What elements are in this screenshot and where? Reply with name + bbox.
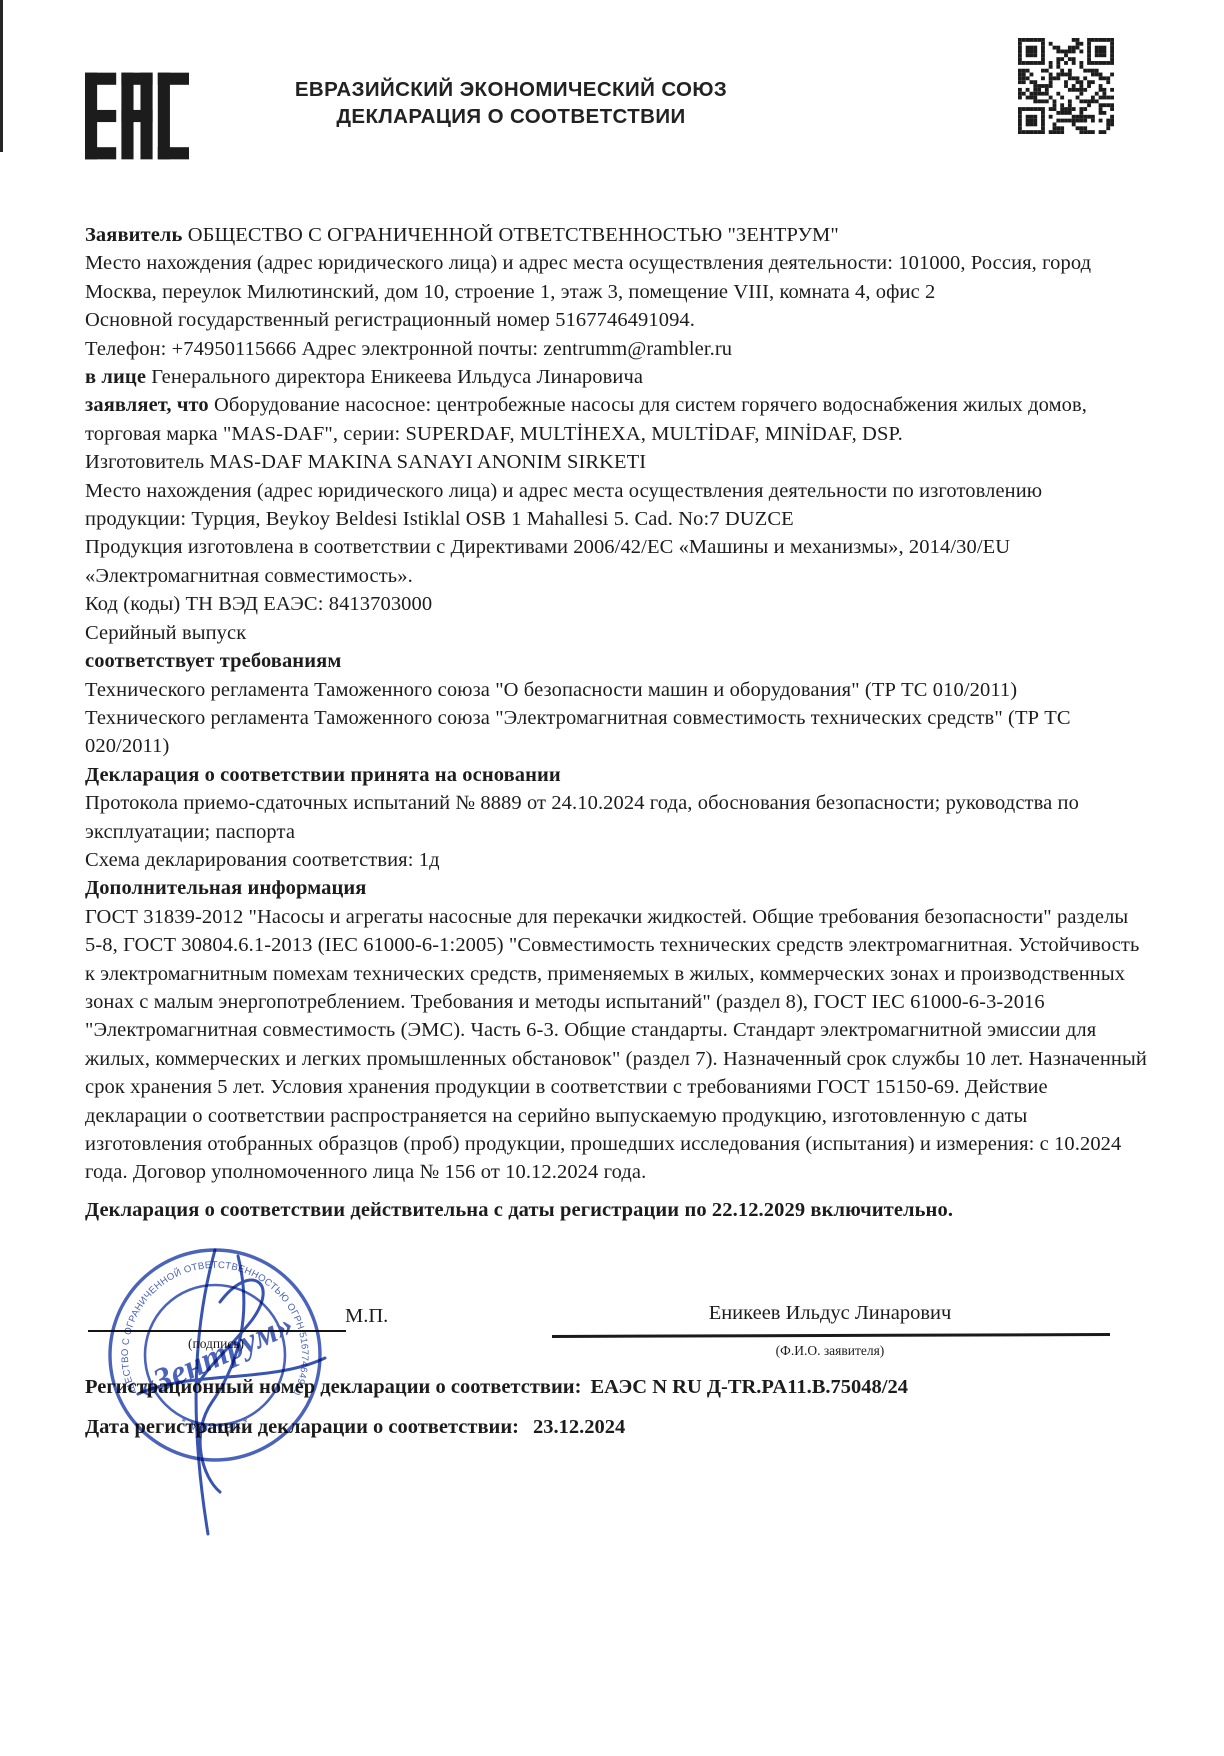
paragraph: Декларация о соответствии принята на осн… [85, 761, 1147, 789]
eac-logo-icon [85, 72, 189, 160]
qr-code [1018, 38, 1114, 134]
paragraph: Серийный выпуск [85, 619, 1147, 647]
paragraph: заявляет, что Оборудование насосное: цен… [85, 391, 1147, 448]
paragraph: Изготовитель MAS-DAF MAKINA SANAYI ANONI… [85, 448, 1147, 476]
registration-number-value: ЕАЭС N RU Д-TR.PA11.B.75048/24 [590, 1376, 908, 1398]
paragraph: Место нахождения (адрес юридического лиц… [85, 477, 1147, 534]
scan-edge-artifact [0, 0, 3, 152]
paragraph: в лице Генерального директора Еникеева И… [85, 363, 1147, 391]
paragraph: Телефон: +74950115666 Адрес электронной … [85, 335, 1147, 363]
paragraph: Место нахождения (адрес юридического лиц… [85, 249, 1147, 306]
declaration-text: Заявитель ОБЩЕСТВО С ОГРАНИЧЕННОЙ ОТВЕТС… [85, 221, 1147, 1224]
registration-date-value: 23.12.2024 [533, 1416, 625, 1438]
title-line-1: ЕВРАЗИЙСКИЙ ЭКОНОМИЧЕСКИЙ СОЮЗ [186, 76, 836, 103]
paragraph: соответствует требованиям [85, 647, 1147, 675]
paragraph: Заявитель ОБЩЕСТВО С ОГРАНИЧЕННОЙ ОТВЕТС… [85, 221, 1147, 249]
title-line-2: ДЕКЛАРАЦИЯ О СООТВЕТСТВИИ [186, 103, 836, 130]
paragraph: ГОСТ 31839-2012 "Насосы и агрегаты насос… [85, 903, 1147, 1187]
document-title: ЕВРАЗИЙСКИЙ ЭКОНОМИЧЕСКИЙ СОЮЗ ДЕКЛАРАЦИ… [186, 76, 836, 130]
paragraph: Протокола приемо-сдаточных испытаний № 8… [85, 789, 1147, 846]
signature [120, 1242, 340, 1542]
applicant-name: Еникеев Ильдус Линарович [570, 1302, 1090, 1325]
applicant-name-caption: (Ф.И.О. заявителя) [570, 1343, 1090, 1359]
paragraph: Дополнительная информация [85, 874, 1147, 902]
paragraph: Продукция изготовлена в соответствии с Д… [85, 533, 1147, 590]
declaration-document: ЕВРАЗИЙСКИЙ ЭКОНОМИЧЕСКИЙ СОЮЗ ДЕКЛАРАЦИ… [0, 0, 1224, 1756]
paragraph: Технического регламента Таможенного союз… [85, 704, 1147, 761]
paragraph: Схема декларирования соответствия: 1д [85, 846, 1147, 874]
paragraph: Декларация о соответствии действительна … [85, 1196, 1147, 1224]
paragraph: Основной государственный регистрационный… [85, 306, 1147, 334]
applicant-name-line [552, 1333, 1110, 1338]
paragraph: Технического регламента Таможенного союз… [85, 676, 1147, 704]
paragraph: Код (коды) ТН ВЭД ЕАЭС: 8413703000 [85, 590, 1147, 618]
stamp-place-label: М.П. [345, 1305, 388, 1328]
